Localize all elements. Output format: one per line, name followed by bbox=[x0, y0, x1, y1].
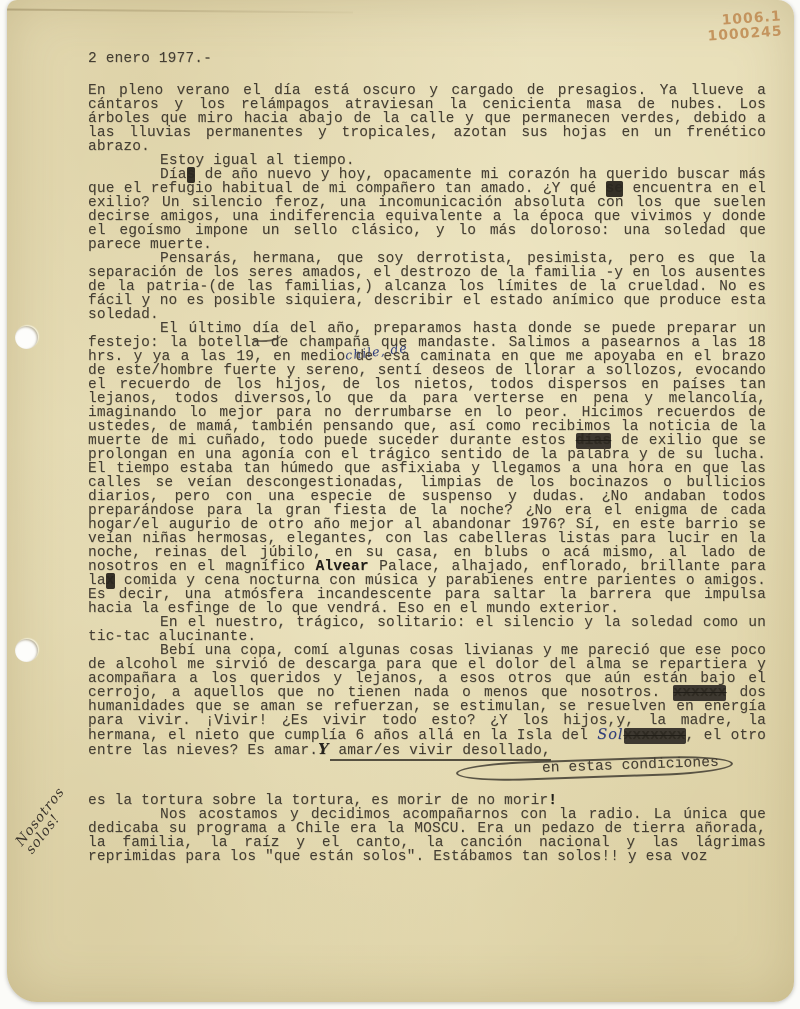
typed-text: Bebí una copa, comí algunas cosas livian… bbox=[88, 643, 766, 701]
paragraph: El último día del año, preparamos hasta … bbox=[88, 322, 766, 616]
paragraph: es la tortura sobre la tortura, es morir… bbox=[88, 794, 766, 808]
letter-date: 2 enero 1977.- bbox=[88, 52, 766, 66]
paragraph: Bebí una copa, comí algunas cosas livian… bbox=[88, 644, 766, 778]
typed-text: comida y cena nocturna con música y para… bbox=[88, 573, 766, 617]
paper-crease bbox=[7, 8, 353, 13]
typed-text: En el nuestro, trágico, solitario: el si… bbox=[88, 615, 766, 645]
handwritten-insertion-sol: Sol bbox=[597, 727, 623, 743]
punch-hole-top bbox=[15, 326, 38, 349]
illegible-strikeout: xxxxxxx bbox=[624, 728, 686, 744]
letter-body: En pleno verano el día está oscuro y car… bbox=[88, 84, 766, 864]
paragraph: Días de año nuevo y hoy, opacamente mi c… bbox=[88, 168, 766, 252]
punch-hole-bottom bbox=[15, 639, 38, 662]
typed-text: En pleno verano el día está oscuro y car… bbox=[88, 83, 766, 155]
paragraph: Nos acostamos y decidimos acompañarnos c… bbox=[88, 808, 766, 864]
paragraph: Estoy igual al tiempo. bbox=[88, 154, 766, 168]
typed-text: El último día del año, preparamos hasta … bbox=[88, 321, 766, 449]
paragraph: En el nuestro, trágico, solitario: el si… bbox=[88, 616, 766, 644]
typed-text: Pensarás, hermana, que soy derrotista, p… bbox=[88, 251, 766, 323]
archive-number-line2: 1000245 bbox=[707, 24, 783, 44]
typed-text: de exilio que se prolongan en una agonía… bbox=[88, 433, 766, 575]
paragraph: En pleno verano el día está oscuro y car… bbox=[88, 84, 766, 154]
archive-number: 1006.1 1000245 bbox=[706, 9, 783, 44]
margin-handwritten-note: Nosotros solos! bbox=[14, 770, 90, 857]
handwritten-insertion-y: Y bbox=[318, 741, 329, 758]
letter-page: 1006.1 1000245 Nosotros solos! chile, de… bbox=[7, 0, 794, 1002]
paragraph: Pensarás, hermana, que soy derrotista, p… bbox=[88, 252, 766, 322]
letter-text-block: 2 enero 1977.- En pleno verano el día es… bbox=[88, 52, 766, 864]
typed-text: Nos acostamos y decidimos acompañarnos c… bbox=[88, 807, 766, 865]
pen-underlined-text: amar/es vivir desollado, bbox=[330, 743, 551, 761]
